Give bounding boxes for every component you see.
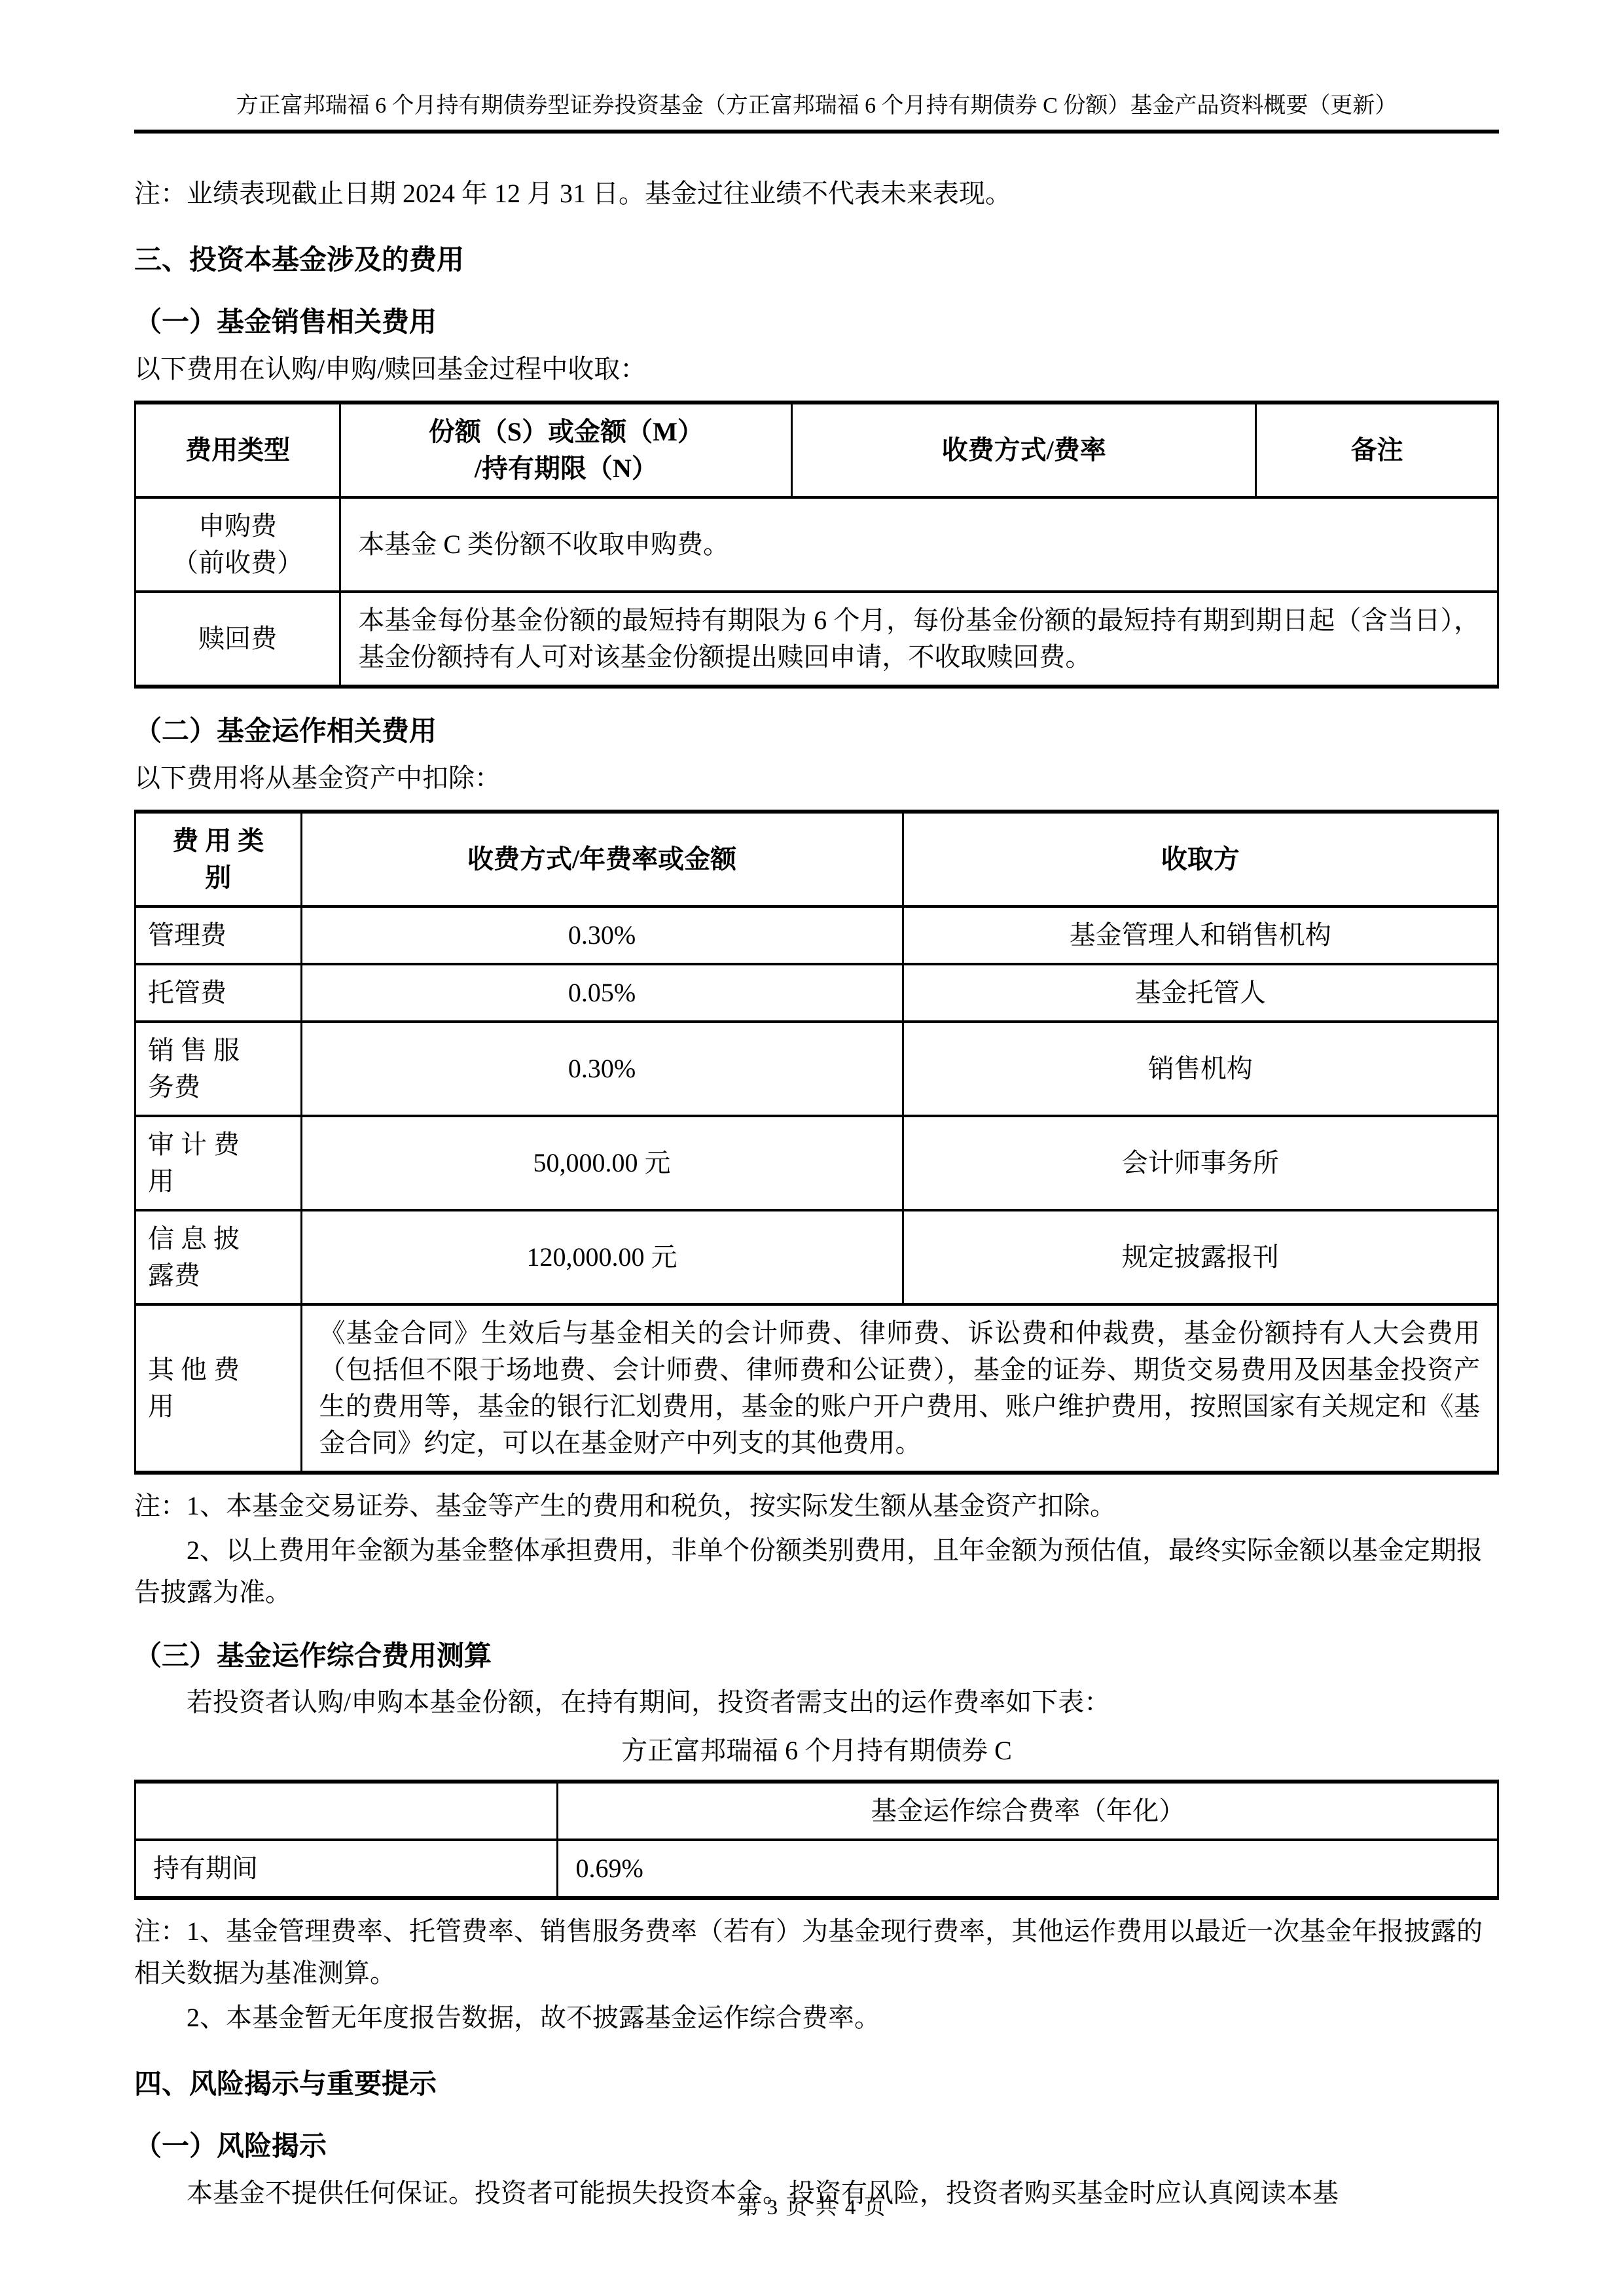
comprehensive-fees-table: 基金运作综合费率（年化） 持有期间 0.69% (134, 1780, 1499, 1900)
operating-fees-note-2: 2、以上费用年金额为基金整体承担费用，非单个份额类别费用，且年金额为预估值，最终… (134, 1530, 1499, 1613)
row-label-subscription-fee: 申购费 （前收费） (135, 497, 340, 592)
col-header-fee-category: 费 用 类 别 (135, 812, 302, 906)
col-header-charge-method: 收费方式/费率 (792, 403, 1256, 497)
cell-management-fee-payee: 基金管理人和销售机构 (903, 906, 1498, 964)
row-label-custody-fee: 托管费 (135, 964, 302, 1022)
cell-audit-fee-payee: 会计师事务所 (903, 1116, 1498, 1210)
doc-header-title: 方正富邦瑞福 6 个月持有期债券型证券投资基金（方正富邦瑞福 6 个月持有期债券… (236, 94, 1398, 118)
row-label-disclosure-fee: 信 息 披 露费 (135, 1210, 302, 1304)
heading-comprehensive-fees: （三）基金运作综合费用测算 (134, 1637, 1499, 1676)
cell-subscription-fee-content: 本基金 C 类份额不收取申购费。 (340, 497, 1498, 592)
row-label-other-fees: 其 他 费 用 (135, 1304, 302, 1473)
col-header-payee: 收取方 (903, 812, 1498, 906)
heading-operating-fees: （二）基金运作相关费用 (134, 712, 1499, 751)
table-header-row: 费用类型 份额（S）或金额（M） /持有期限（N） 收费方式/费率 备注 (135, 403, 1498, 497)
cell-custody-fee-rate: 0.05% (301, 964, 903, 1022)
heading-section-risk: 四、风险揭示与重要提示 (134, 2065, 1499, 2104)
cell-management-fee-rate: 0.30% (301, 906, 903, 964)
performance-note: 注：业绩表现截止日期 2024 年 12 月 31 日。基金过往业绩不代表未来表… (134, 173, 1499, 215)
row-label-holding-period: 持有期间 (135, 1840, 558, 1898)
row-label-redemption-fee: 赎回费 (135, 592, 340, 687)
heading-risk-disclosure: （一）风险揭示 (134, 2127, 1499, 2166)
table-row-custody-fee: 托管费 0.05% 基金托管人 (135, 964, 1498, 1022)
cell-other-fees-content: 《基金合同》生效后与基金相关的会计师费、律师费、诉讼费和仲裁费，基金份额持有人大… (301, 1304, 1498, 1473)
col-header-rate-or-amount: 收费方式/年费率或金额 (301, 812, 903, 906)
comprehensive-fees-intro: 若投资者认购/申购本基金份额，在持有期间，投资者需支出的运作费率如下表： (134, 1681, 1499, 1723)
page-content: 方正富邦瑞福 6 个月持有期债券型证券投资基金（方正富邦瑞福 6 个月持有期债券… (134, 92, 1499, 2225)
table-row-disclosure-fee: 信 息 披 露费 120,000.00 元 规定披露报刊 (135, 1210, 1498, 1304)
heading-section-fees: 三、投资本基金涉及的费用 (134, 241, 1499, 279)
cell-audit-fee-amount: 50,000.00 元 (301, 1116, 903, 1210)
table-row-audit-fee: 审 计 费 用 50,000.00 元 会计师事务所 (135, 1116, 1498, 1210)
operating-fees-note-1: 注：1、本基金交易证券、基金等产生的费用和税负，按实际发生额从基金资产扣除。 (134, 1485, 1499, 1527)
table-header-row: 费 用 类 别 收费方式/年费率或金额 收取方 (135, 812, 1498, 906)
cell-disclosure-fee-payee: 规定披露报刊 (903, 1210, 1498, 1304)
operating-fees-table: 费 用 类 别 收费方式/年费率或金额 收取方 管理费 0.30% 基金管理人和… (134, 810, 1499, 1475)
table-row-redemption-fee: 赎回费 本基金每份基金份额的最短持有期限为 6 个月，每份基金份额的最短持有期到… (135, 592, 1498, 687)
cell-empty-header (135, 1782, 558, 1840)
page-number-footer: 第 3 页 共 4 页 (0, 2190, 1624, 2221)
sales-fees-intro: 以下费用在认购/申购/赎回基金过程中收取： (134, 348, 1499, 390)
col-header-remark: 备注 (1256, 403, 1498, 497)
heading-sales-fees: （一）基金销售相关费用 (134, 303, 1499, 342)
sales-fees-table: 费用类型 份额（S）或金额（M） /持有期限（N） 收费方式/费率 备注 申购费… (134, 401, 1499, 689)
cell-sales-service-fee-rate: 0.30% (301, 1022, 903, 1116)
cell-sales-service-fee-payee: 销售机构 (903, 1022, 1498, 1116)
table-row-other-fees: 其 他 费 用 《基金合同》生效后与基金相关的会计师费、律师费、诉讼费和仲裁费，… (135, 1304, 1498, 1473)
col-header-annualized-rate: 基金运作综合费率（年化） (558, 1782, 1498, 1840)
doc-header: 方正富邦瑞福 6 个月持有期债券型证券投资基金（方正富邦瑞福 6 个月持有期债券… (134, 92, 1499, 134)
row-label-audit-fee: 审 计 费 用 (135, 1116, 302, 1210)
table-row-subscription-fee: 申购费 （前收费） 本基金 C 类份额不收取申购费。 (135, 497, 1498, 592)
comprehensive-fees-table-caption: 方正富邦瑞福 6 个月持有期债券 C (134, 1731, 1499, 1770)
table-header-row: 基金运作综合费率（年化） (135, 1782, 1498, 1840)
cell-custody-fee-payee: 基金托管人 (903, 964, 1498, 1022)
col-header-share-amount: 份额（S）或金额（M） /持有期限（N） (340, 403, 792, 497)
row-label-management-fee: 管理费 (135, 906, 302, 964)
cell-disclosure-fee-amount: 120,000.00 元 (301, 1210, 903, 1304)
cell-holding-period-rate: 0.69% (558, 1840, 1498, 1898)
cell-redemption-fee-content: 本基金每份基金份额的最短持有期限为 6 个月，每份基金份额的最短持有期到期日起（… (340, 592, 1498, 687)
table-row-management-fee: 管理费 0.30% 基金管理人和销售机构 (135, 906, 1498, 964)
comprehensive-fees-note-2: 2、本基金暂无年度报告数据，故不披露基金运作综合费率。 (134, 1997, 1499, 2039)
comprehensive-fees-note-1: 注：1、基金管理费率、托管费率、销售服务费率（若有）为基金现行费率，其他运作费用… (134, 1910, 1499, 1994)
table-row-sales-service-fee: 销 售 服 务费 0.30% 销售机构 (135, 1022, 1498, 1116)
row-label-sales-service-fee: 销 售 服 务费 (135, 1022, 302, 1116)
col-header-fee-type: 费用类型 (135, 403, 340, 497)
operating-fees-intro: 以下费用将从基金资产中扣除： (134, 757, 1499, 799)
document-page: 方正富邦瑞福 6 个月持有期债券型证券投资基金（方正富邦瑞福 6 个月持有期债券… (0, 0, 1624, 2296)
table-row-holding-period: 持有期间 0.69% (135, 1840, 1498, 1898)
